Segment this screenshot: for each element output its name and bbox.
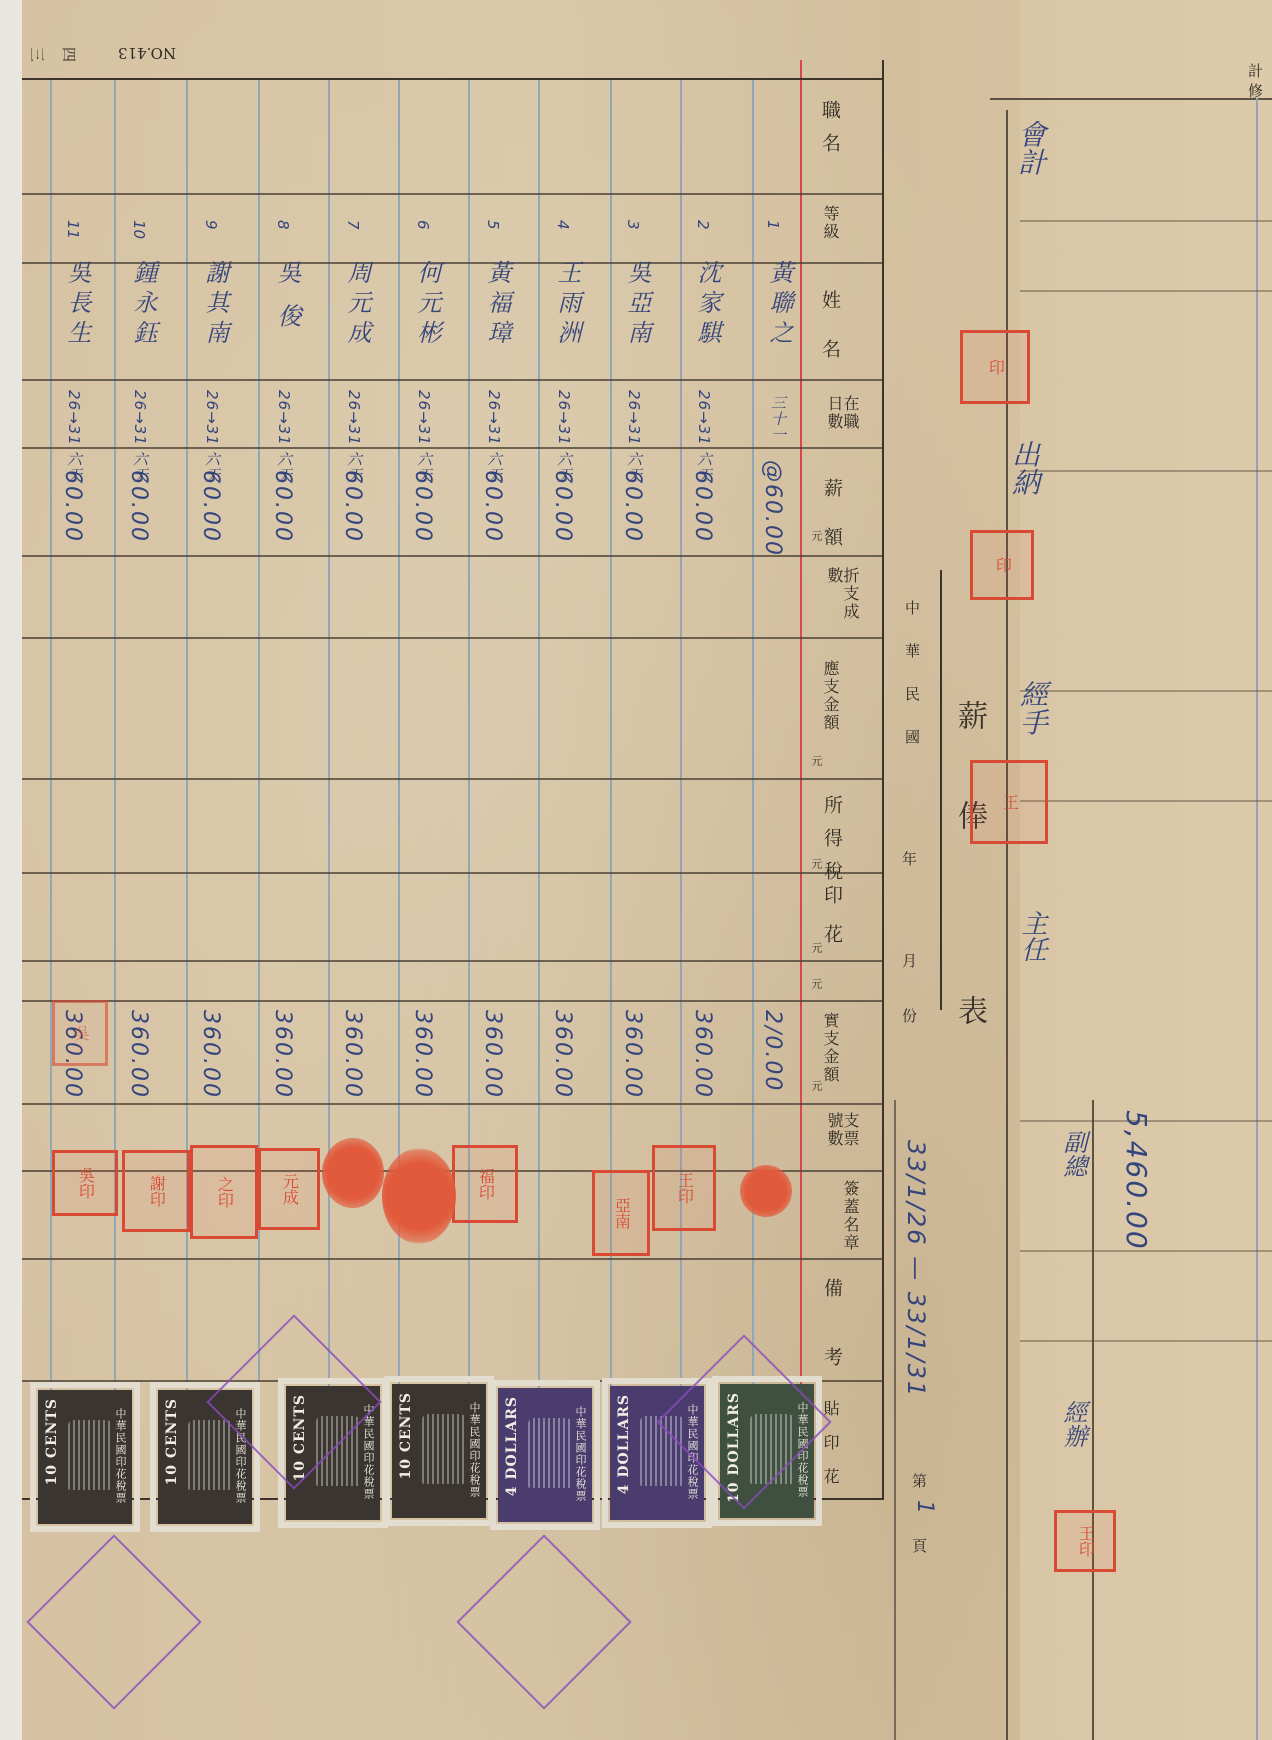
row-salary: 60.00: [410, 470, 435, 543]
row-index: 11: [64, 220, 82, 239]
row-salary: 60.00: [550, 470, 575, 543]
row-actual: 360.00: [270, 1010, 295, 1099]
header-cheque: 支票號數: [814, 1112, 858, 1164]
row-name: 吳亞南: [620, 260, 655, 350]
row-name: 周元成: [340, 260, 375, 350]
table-top-border: [22, 78, 884, 80]
header-actual: 實支金額: [822, 1012, 838, 1084]
seal-row10: 吳印: [52, 1150, 118, 1216]
header-discount: 折支成數: [814, 567, 858, 627]
row-salary: 60.00: [620, 470, 645, 543]
row-name: 鍾永鈺: [126, 260, 161, 350]
unit-salary: 元: [808, 530, 824, 541]
row-actual: 360.00: [410, 1010, 435, 1099]
page-number: 1: [912, 1500, 937, 1514]
seal-row11-overstamp: 吳: [52, 1000, 108, 1066]
row-actual: 360.00: [620, 1010, 645, 1099]
header-position: 職名: [820, 100, 839, 166]
row-name: 吳 俊: [270, 260, 305, 334]
revenue-stamp-1: 10 CENTS 中華民國印花稅票: [30, 1382, 140, 1532]
row-actual: 360.00: [480, 1010, 505, 1099]
seal-row7: 元成: [258, 1148, 320, 1230]
red-margin-rule: [800, 60, 802, 1500]
total-amount: 5,460.00: [1120, 1110, 1153, 1251]
form-number: NO.413: [118, 44, 176, 62]
row-salary: @60.00: [760, 460, 785, 557]
row-name: 王雨洲: [550, 260, 585, 350]
row-salary: 60.00: [480, 470, 505, 543]
title-char-3: 表: [947, 995, 991, 1025]
signer-handwritten: 經辦: [1056, 1400, 1091, 1448]
row-salary: 60.00: [270, 470, 295, 543]
page-label-di: 第: [912, 1470, 927, 1491]
corner-mark-2: 四: [59, 47, 80, 62]
row-index: 8: [274, 220, 292, 230]
cancel-mark-3: [456, 1534, 631, 1709]
row-name: 謝其南: [198, 260, 233, 350]
top-right-print-1: 計: [1248, 60, 1263, 81]
row-name: 何元彬: [410, 260, 445, 350]
row-name: 沈家騏: [690, 260, 725, 350]
row-actual: 360.00: [198, 1010, 223, 1099]
total-note: 副總: [1056, 1130, 1091, 1178]
row-index: 10: [130, 220, 148, 239]
period-handwritten: 33/1/26 — 33/1/31: [902, 1140, 930, 1398]
approval-sign-director: 主任: [1014, 910, 1051, 962]
title-rule: [940, 570, 942, 1010]
signer-seal: 王印: [1054, 1510, 1116, 1572]
row-index: 7: [344, 220, 362, 230]
seal-accountant: 印: [960, 330, 1030, 404]
approval-subtitle: 經手: [1012, 680, 1052, 736]
header-income-tax: 所得稅: [822, 795, 841, 894]
date-label-month: 月: [902, 950, 917, 971]
scan-edge: [0, 0, 23, 1740]
row-name: 黃福璋: [480, 260, 515, 350]
date-label-roc: 中華民國: [902, 600, 923, 772]
date-label-fen: 份: [902, 1005, 917, 1026]
row-actual: 360.00: [690, 1010, 715, 1099]
approval-strip: 計 修 會計 印 出納 印 經手 王 主任 5,460.00 副總 經辦 王印: [1020, 0, 1272, 1740]
seal-blot-row6: [322, 1138, 384, 1208]
seal-director: 王: [970, 760, 1048, 844]
row-actual: 360.00: [126, 1010, 151, 1099]
table-right-border: [882, 60, 884, 1500]
header-salary: 薪額: [822, 478, 841, 576]
row-index: 6: [414, 220, 432, 230]
header-grade: 等級: [822, 205, 838, 241]
unit-income-tax: 元: [808, 858, 824, 869]
title-char-1: 薪: [947, 700, 991, 730]
seal-blot-row5: [382, 1148, 456, 1244]
seal-row8: 之印: [190, 1145, 258, 1239]
row-actual: 360.00: [340, 1010, 365, 1099]
seal-row4: 福印: [452, 1145, 518, 1223]
corner-mark-1: 三: [27, 47, 48, 62]
revenue-stamp-5: 4 DOLLARS 中華民國印花稅票: [490, 1380, 600, 1530]
unit-payable: 元: [808, 755, 824, 766]
row-days: 三十一: [768, 395, 789, 443]
seal-row2: 王印: [652, 1145, 716, 1231]
header-name: 姓名: [820, 290, 839, 388]
date-label-year: 年: [902, 848, 917, 869]
unit-blank: 元: [808, 978, 824, 989]
row-index: 2: [694, 220, 712, 230]
seal-blot-row1: [740, 1165, 792, 1217]
page-label-ye: 頁: [912, 1535, 927, 1556]
cancel-mark-2: [26, 1534, 201, 1709]
row-salary: 60.00: [126, 470, 151, 543]
approval-sign-accountant: 會計: [1010, 120, 1050, 176]
row-index: 4: [554, 220, 572, 230]
seal-row9: 謝印: [122, 1150, 190, 1232]
header-signature: 簽蓋名章: [814, 1180, 858, 1252]
row-salary: 60.00: [690, 470, 715, 543]
header-days: 在職日數: [814, 395, 858, 443]
approval-sign-cashier: 出納: [1004, 440, 1044, 496]
row-name: 黃聯之: [762, 260, 797, 350]
row-salary: 60.00: [198, 470, 223, 543]
header-stamp-tax: 印花: [822, 885, 841, 963]
seal-cashier: 印: [970, 530, 1034, 600]
unit-stamp-tax: 元: [808, 942, 824, 953]
seal-row3: 亞南: [592, 1170, 650, 1256]
row-actual: 2/0.00: [760, 1010, 785, 1092]
row-index: 9: [202, 220, 220, 230]
unit-actual: 元: [808, 1080, 824, 1091]
row-index: 5: [484, 220, 502, 230]
row-salary: 60.00: [340, 470, 365, 543]
header-payable: 應支金額: [822, 660, 838, 732]
header-remarks: 備考: [822, 1278, 841, 1416]
row-index: 1: [764, 220, 782, 230]
row-actual: 360.00: [550, 1010, 575, 1099]
revenue-stamp-4: 10 CENTS 中華民國印花稅票: [384, 1376, 494, 1526]
row-name: 吳長生: [60, 260, 95, 350]
row-index: 3: [624, 220, 642, 230]
row-salary: 60.00: [60, 470, 85, 543]
